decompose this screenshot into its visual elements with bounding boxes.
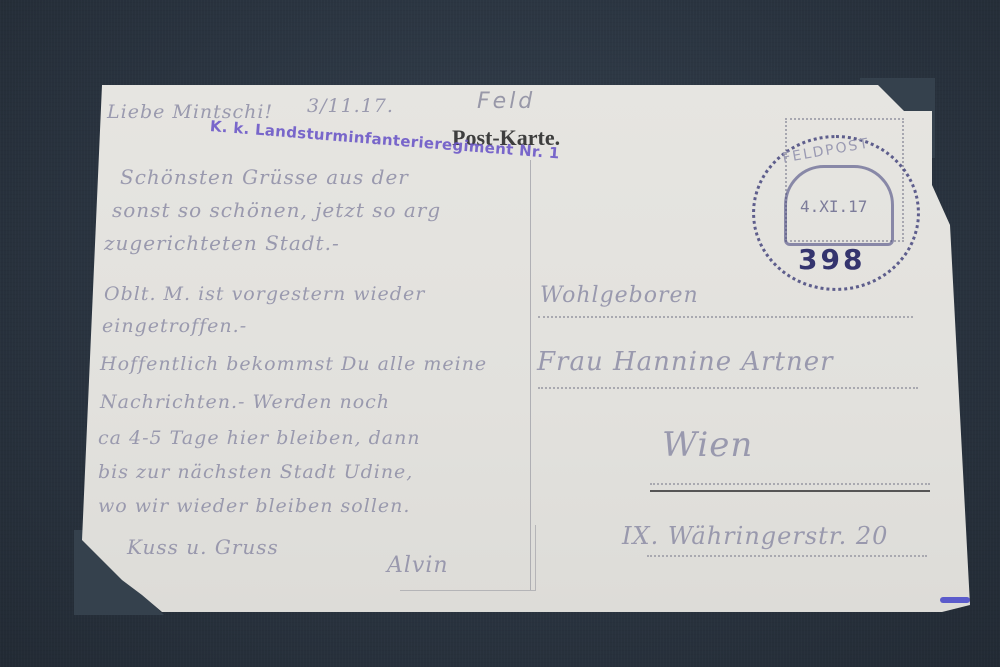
message-line: sonst so schönen, jetzt so arg (112, 198, 441, 222)
message-address-divider (530, 160, 531, 590)
postmark-number: 398 (798, 243, 865, 276)
message-line: eingetroffen.- (102, 315, 247, 337)
message-date: 3/11.17. (307, 95, 394, 117)
address-salutation: Wohlgeboren (540, 283, 699, 308)
message-line: wo wir wieder bleiben sollen. (98, 495, 410, 517)
message-line: ca 4-5 Tage hier bleiben, dann (98, 427, 421, 449)
address-name: Frau Hannine Artner (537, 347, 834, 377)
address-line-4 (647, 555, 927, 557)
message-line: Nachrichten.- Werden noch (100, 391, 390, 413)
message-line: Oblt. M. ist vorgestern wieder (104, 283, 425, 305)
address-street: IX. Währingerstr. 20 (622, 522, 888, 550)
feld-handwritten-header: Feld (477, 89, 535, 114)
ink-smudge (940, 597, 970, 603)
message-line: Hoffentlich bekommst Du alle meine (100, 353, 487, 375)
address-line-3-dotted (650, 483, 930, 485)
postmark-date: 4.XI.17 (800, 197, 867, 216)
address-city: Wien (662, 425, 753, 465)
address-line-2 (538, 387, 918, 389)
message-greeting: Liebe Mintschi! (107, 101, 273, 123)
regiment-rubber-stamp: K. k. Landsturminfanterieregiment Nr. 1 (209, 117, 560, 162)
signature-underline (400, 525, 536, 591)
postcard: Feld Post-Karte. K. k. Landsturminfanter… (82, 85, 970, 612)
address-line-3-solid (650, 490, 930, 492)
message-line: bis zur nächsten Stadt Udine, (98, 461, 413, 483)
message-closing: Kuss u. Gruss (127, 535, 279, 559)
address-line-1 (538, 316, 913, 318)
message-line: Schönsten Grüsse aus der (120, 165, 409, 189)
message-line: zugerichteten Stadt.- (104, 231, 340, 255)
